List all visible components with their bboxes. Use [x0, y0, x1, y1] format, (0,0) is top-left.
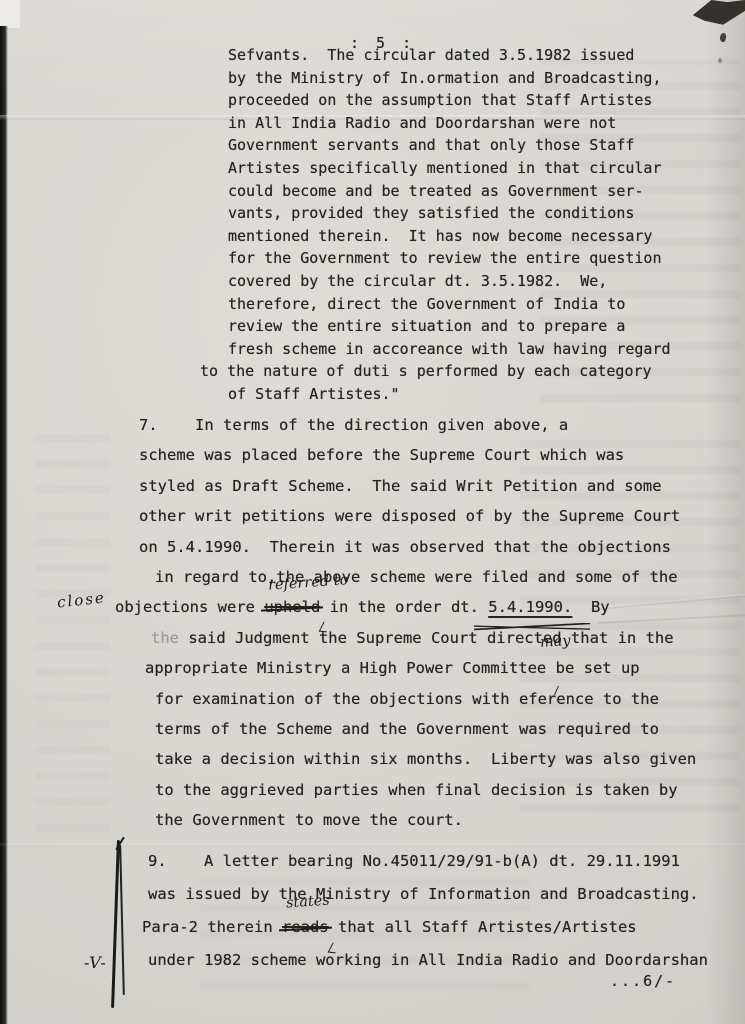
text-line: to the aggrieved parties when final deci…	[155, 775, 696, 805]
text-line: Sefvants. The circular dated 3.5.1982 is…	[228, 44, 671, 67]
bleed-through-artifact	[36, 430, 110, 850]
typed-text: take a decision within six months. Liber…	[155, 750, 696, 768]
margin-pen-stroke	[119, 845, 125, 995]
annotated-text-uline: 5.4.1990.	[488, 592, 572, 622]
text-line: in All India Radio and Doordarshan were …	[228, 112, 671, 135]
ink-dot	[719, 32, 727, 42]
typed-text: vants, provided they satisfied the condi…	[228, 204, 634, 222]
typed-text: other writ petitions were disposed of by…	[139, 507, 680, 525]
typed-text: Artistes specifically mentioned in that …	[228, 159, 661, 177]
margin-v-mark: -V-	[84, 953, 107, 972]
text-line: objections were upheldreferred to in the…	[115, 592, 696, 622]
text-line: appropriate Ministry a High Power Commit…	[145, 653, 696, 683]
typed-text: Government servants and that only those …	[228, 136, 634, 154]
scan-edge-shadow	[0, 26, 8, 1024]
text-line: was issued by the Ministry of Informatio…	[148, 878, 708, 911]
text-line: take a decision within six months. Liber…	[155, 744, 696, 774]
continuation-mark: ...6/-	[610, 972, 676, 990]
text-line: proceeded on the assumption that Staff A…	[228, 89, 671, 112]
typed-text: scheme was placed before the Supreme Cou…	[139, 446, 624, 464]
typed-text: in All India Radio and Doordarshan were …	[228, 114, 616, 132]
typed-text: styled as Draft Scheme. The said Writ Pe…	[139, 477, 662, 495]
text-line: Para-2 therein readsstates that all Staf…	[142, 911, 708, 944]
typed-text: for the Government to review the entire …	[228, 249, 661, 267]
typed-text: under 1982 scheme working in All India R…	[148, 951, 708, 969]
text-line: review the entire situation and to prepa…	[228, 315, 671, 338]
text-line: by the Ministry of In.ormation and Broad…	[228, 67, 671, 90]
typed-text: appropriate Ministry a High Power Commit…	[145, 659, 556, 677]
typed-text: 9. A letter bearing No.45011/29/91-b(A) …	[148, 852, 680, 870]
handwritten-insertion: may	[539, 634, 570, 650]
text-line: fresh scheme in accoreance with law havi…	[228, 338, 671, 361]
text-line: vants, provided they satisfied the condi…	[228, 202, 671, 225]
typed-text: on 5.4.1990. Therein it was observed tha…	[139, 538, 671, 556]
text-line: scheme was placed before the Supreme Cou…	[139, 440, 696, 470]
typed-text: of Staff Artistes."	[228, 385, 400, 403]
scanned-document-page: : 5 : Sefvants. The circular dated 3.5.1…	[0, 0, 745, 1024]
typed-text: proceeded on the assumption that Staff A…	[228, 91, 652, 109]
typed-text: 7. In terms of the direction given above…	[139, 416, 568, 434]
corner-fold-mark	[687, 0, 745, 26]
typed-text: mentioned therein. It has now become nec…	[228, 227, 652, 245]
typed-text: Para-2 therein	[142, 918, 282, 936]
typed-text: in regard to,the above scheme were filed…	[155, 568, 678, 586]
text-line: therefore, direct the Government of Indi…	[228, 293, 671, 316]
text-line: could become and be treated as Governmen…	[228, 180, 671, 203]
handwritten-insertion: states	[286, 893, 331, 910]
text-line: styled as Draft Scheme. The said Writ Pe…	[139, 471, 696, 501]
ink-dot	[718, 58, 722, 63]
paragraph-7: 7. In terms of the direction given above…	[139, 410, 696, 836]
text-line: to the nature of duti s performed by eac…	[200, 360, 671, 383]
text-line: mentioned therein. It has now become nec…	[228, 225, 671, 248]
text-line: Government servants and that only those …	[228, 134, 671, 157]
typed-text: fresh scheme in accoreance with law havi…	[228, 340, 671, 358]
typed-text: by the Ministry of In.ormation and Broad…	[228, 69, 661, 87]
typed-text: the Government to move the court.	[155, 811, 463, 829]
typed-text: that all Staff Artistes/Artistes	[329, 918, 637, 936]
typed-text: review the entire situation and to prepa…	[228, 317, 625, 335]
annotated-text-struck: readsstates	[282, 911, 329, 944]
typed-text: said Judgment the Supreme Court directed…	[188, 629, 673, 647]
typed-text: objections were	[115, 598, 264, 616]
typed-text: could become and be treated as Governmen…	[228, 182, 643, 200]
text-line: 9. A letter bearing No.45011/29/91-b(A) …	[148, 845, 708, 878]
margin-handwritten-word: close	[56, 588, 106, 611]
typed-text: terms of the Scheme and the Government w…	[155, 720, 659, 738]
typed-text: for examination of the objections with e…	[155, 690, 659, 708]
text-line: in regard to,the above scheme were filed…	[155, 562, 696, 592]
typed-text: By	[572, 598, 609, 616]
text-line: Artistes specifically mentioned in that …	[228, 157, 671, 180]
typed-text: to the aggrieved parties when final deci…	[155, 781, 678, 799]
typed-text: to the nature of duti s performed by eac…	[200, 362, 652, 380]
text-line: covered by the circular dt. 3.5.1982. We…	[228, 270, 671, 293]
text-line: other writ petitions were disposed of by…	[139, 501, 696, 531]
margin-pen-stroke	[111, 840, 119, 1008]
typed-text: was issued by the Ministry of Informatio…	[148, 885, 699, 903]
text-line: on 5.4.1990. Therein it was observed tha…	[139, 532, 696, 562]
annotated-text-ins: bemay	[556, 653, 575, 683]
text-line: for the Government to review the entire …	[228, 247, 671, 270]
quoted-circular-extract: Sefvants. The circular dated 3.5.1982 is…	[228, 44, 671, 406]
typed-text: Sefvants. The circular dated 3.5.1982 is…	[228, 46, 634, 64]
text-line: for examination of the objections with e…	[155, 684, 696, 714]
typed-text: covered by the circular dt. 3.5.1982. We…	[228, 272, 607, 290]
typed-text: therefore, direct the Government of Indi…	[228, 295, 625, 313]
annotated-text-struck: upheldreferred to	[264, 592, 320, 622]
annotated-text-faint: the	[151, 629, 188, 647]
text-line: of Staff Artistes."	[228, 383, 671, 406]
scan-corner-highlight	[0, 0, 20, 28]
text-line: the said Judgment the Supreme Court dire…	[151, 623, 696, 653]
text-line: terms of the Scheme and the Government w…	[155, 714, 696, 744]
text-line: 7. In terms of the direction given above…	[139, 410, 696, 440]
typed-text: in the order dt.	[320, 598, 488, 616]
text-line: the Government to move the court.	[155, 805, 696, 835]
typed-text: set up	[574, 659, 639, 677]
paragraph-9: 9. A letter bearing No.45011/29/91-b(A) …	[148, 845, 708, 977]
